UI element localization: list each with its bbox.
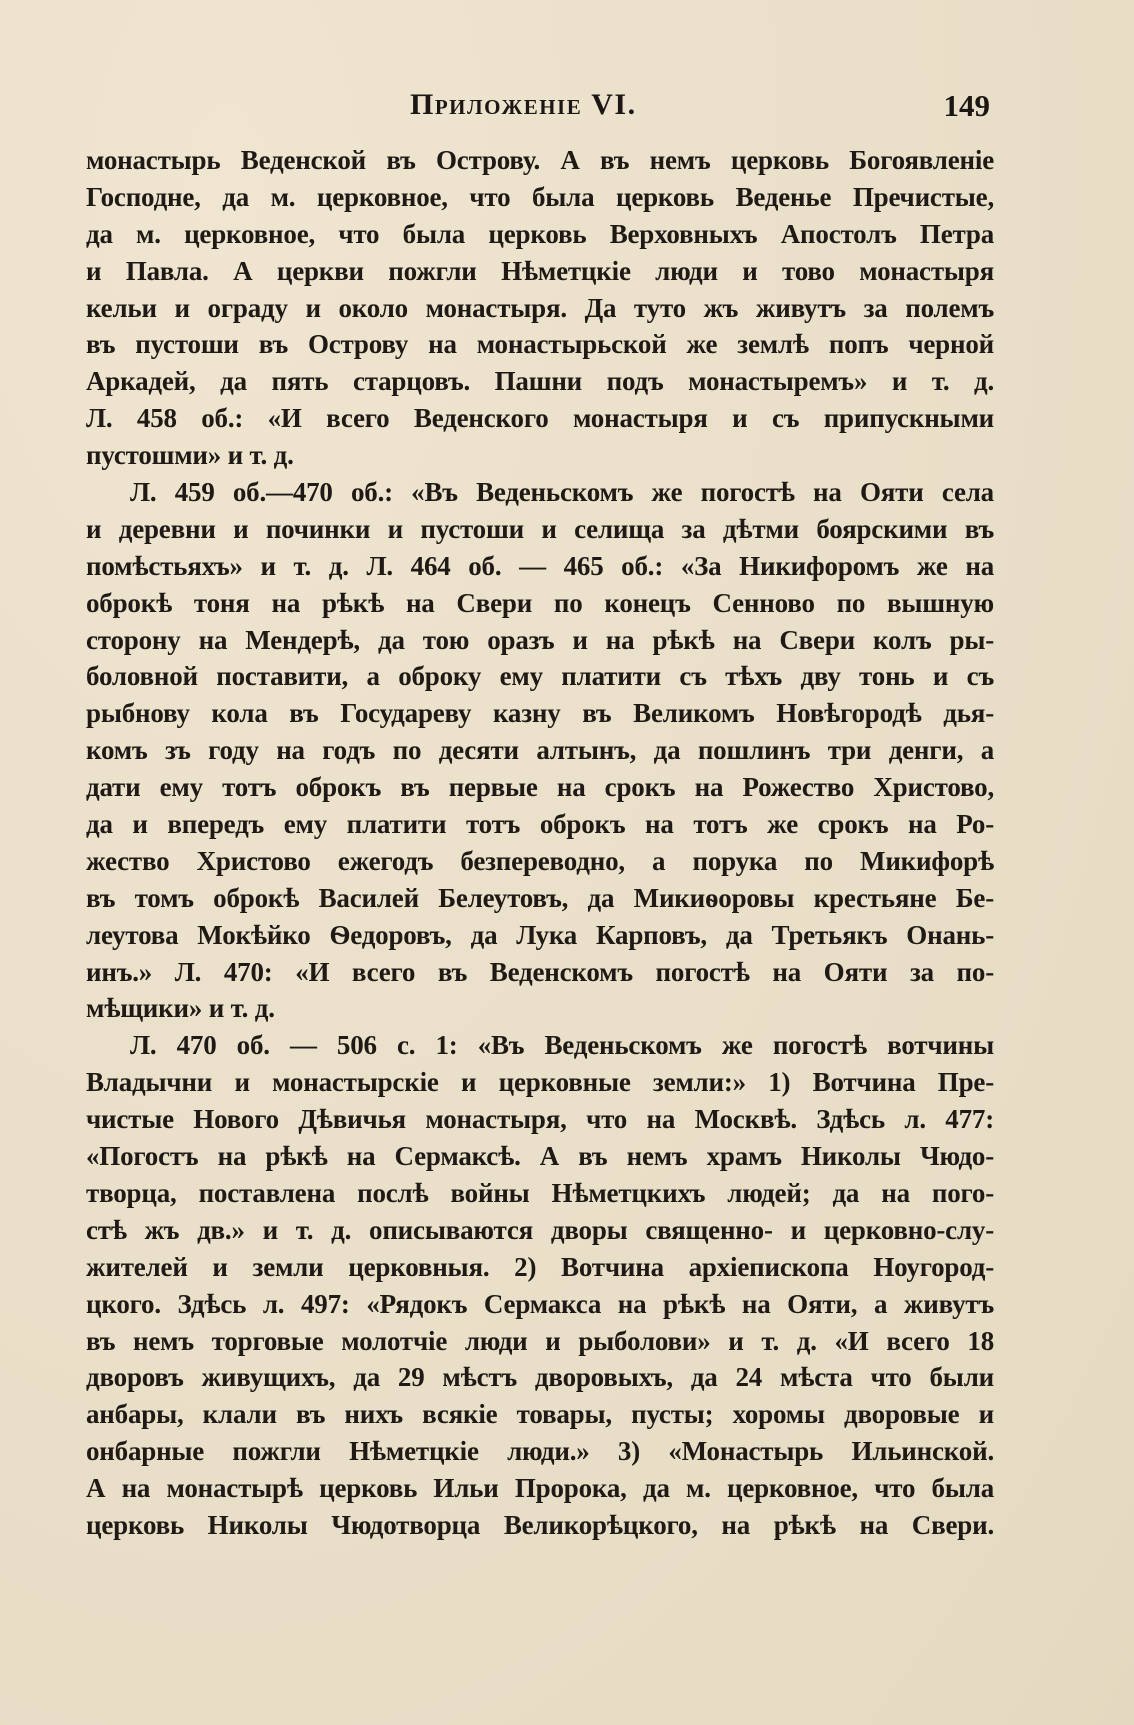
text-line: Владычни и монастырскіе и церковные земл… xyxy=(86,1064,994,1101)
text-line: жество Христово ежегодъ безпереводно, а … xyxy=(86,843,994,880)
text-line: Л. 459 об.—470 об.: «Въ Веденьскомъ же п… xyxy=(86,474,994,511)
text-line: рыбнову кола въ Государеву казну въ Вели… xyxy=(86,695,994,732)
running-head: Приложеніе VI. 149 xyxy=(410,88,990,128)
text-line: онбарные пожгли Нѣметцкіе люди.» 3) «Мон… xyxy=(86,1433,994,1470)
text-line: въ немъ торговые молотчіе люди и рыболов… xyxy=(86,1323,994,1360)
text-line: кельи и ограду и около монастыря. Да тут… xyxy=(86,290,994,327)
text-line: Л. 458 об.: «И всего Веденского монастыр… xyxy=(86,400,994,437)
text-line: мѣщики» и т. д. xyxy=(86,990,994,1027)
text-line: пустошми» и т. д. xyxy=(86,437,994,474)
text-line: боловной поставити, а оброку ему платити… xyxy=(86,658,994,695)
text-line: цкого. Здѣсь л. 497: «Рядокъ Сермакса на… xyxy=(86,1286,994,1323)
running-head-title: Приложеніе VI. xyxy=(410,88,637,122)
text-line: оброкѣ тоня на рѣкѣ на Свери по конецъ С… xyxy=(86,585,994,622)
text-line: «Погостъ на рѣкѣ на Сермаксѣ. А въ немъ … xyxy=(86,1138,994,1175)
text-line: А на монастырѣ церковь Ильи Пророка, да … xyxy=(86,1470,994,1507)
text-line: дворовъ живущихъ, да 29 мѣстъ дворовыхъ,… xyxy=(86,1359,994,1396)
text-line: и Павла. А церкви пожгли Нѣметцкіе люди … xyxy=(86,253,994,290)
text-line: леутова Мокѣйко Ѳедоровъ, да Лука Карпов… xyxy=(86,917,994,954)
text-line: въ томъ оброкѣ Василей Белеутовъ, да Мик… xyxy=(86,880,994,917)
text-line: сторону на Мендерѣ, да тою оразъ и на рѣ… xyxy=(86,622,994,659)
text-line: дати ему тотъ оброкъ въ первые на срокъ … xyxy=(86,769,994,806)
book-page: Приложеніе VI. 149 монастырь Веденской в… xyxy=(0,0,1134,1725)
text-line: творца, поставлена послѣ войны Нѣметцких… xyxy=(86,1175,994,1212)
text-line: стѣ жъ дв.» и т. д. описываются дворы св… xyxy=(86,1212,994,1249)
text-line: комъ зъ году на годъ по десяти алтынъ, д… xyxy=(86,732,994,769)
page-number: 149 xyxy=(944,88,991,124)
text-line: анбары, клали въ нихъ всякіе товары, пус… xyxy=(86,1396,994,1433)
text-line: Господне, да м. церковное, что была церк… xyxy=(86,179,994,216)
text-line: жителей и земли церковныя. 2) Вотчина ар… xyxy=(86,1249,994,1286)
text-line: помѣстьяхъ» и т. д. Л. 464 об. — 465 об.… xyxy=(86,548,994,585)
text-line: инъ.» Л. 470: «И всего въ Веденскомъ пог… xyxy=(86,954,994,991)
text-line: чистые Нового Дѣвичья монастыря, что на … xyxy=(86,1101,994,1138)
text-line: церковь Николы Чюдотворца Великорѣцкого,… xyxy=(86,1507,994,1544)
text-line: въ пустоши въ Острову на монастырьской ж… xyxy=(86,326,994,363)
text-line: Л. 470 об. — 506 с. 1: «Въ Веденьскомъ ж… xyxy=(86,1027,994,1064)
text-line: да м. церковное, что была церковь Верхов… xyxy=(86,216,994,253)
text-line: да и впередъ ему платити тотъ оброкъ на … xyxy=(86,806,994,843)
text-line: монастырь Веденской въ Острову. А въ нем… xyxy=(86,142,994,179)
body-text: монастырь Веденской въ Острову. А въ нем… xyxy=(86,142,994,1544)
text-line: Аркадей, да пять старцовъ. Пашни подъ мо… xyxy=(86,363,994,400)
text-line: и деревни и починки и пустоши и селища з… xyxy=(86,511,994,548)
